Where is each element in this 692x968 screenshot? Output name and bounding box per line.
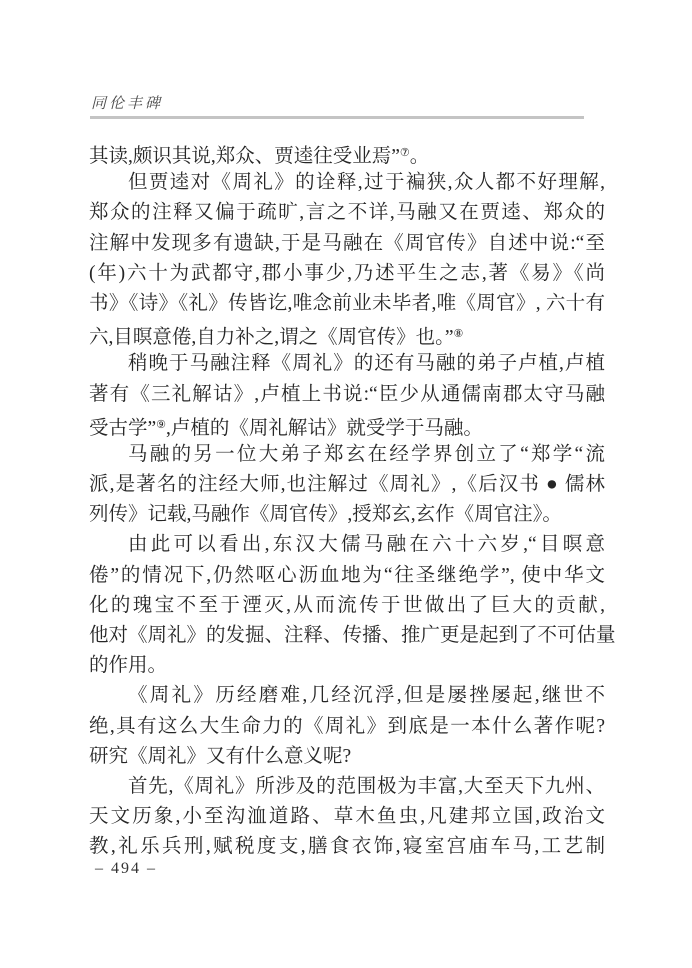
footnote-marker: ⑧ bbox=[454, 328, 464, 340]
text-line: 郑众的注释又偏于疏旷,言之不详,马融又在贾逵、郑众的 bbox=[89, 198, 605, 228]
text-segment: 他对《周礼》的发掘、注释、传播、推广更是起到了不可估量 bbox=[89, 625, 616, 646]
text-line: (年)六十为武都守,郡小事少,乃述平生之志,著《易》《尚 bbox=[89, 259, 605, 289]
text-segment: 郑众的注释又偏于疏旷,言之不详,马融又在贾逵、郑众的 bbox=[89, 202, 605, 223]
text-segment: 天文历象,小至沟洫道路、草木鱼虫,凡建邦立国,政治文 bbox=[89, 806, 605, 827]
text-line: 马融的另一位大弟子郑玄在经学界创立了“郑学“流 bbox=[89, 440, 605, 470]
text-line: 《周礼》历经磨难,几经沉浮,但是屡挫屡起,继世不 bbox=[89, 681, 605, 711]
text-line: 其读,颇识其说,郑众、贾逵往受业焉”⑦。 bbox=[89, 138, 605, 168]
running-header: 同伦丰碑 bbox=[91, 92, 163, 113]
page-number: – 494 – bbox=[95, 860, 157, 878]
text-segment: 著有《三礼解诂》,卢植上书说:“臣少从通儒南郡太守马融 bbox=[89, 384, 605, 405]
text-segment: 倦”的情况下,仍然呕心沥血地为“往圣继绝学”, 使中华文 bbox=[89, 565, 605, 586]
text-line: 著有《三礼解诂》,卢植上书说:“臣少从通儒南郡太守马融 bbox=[89, 380, 605, 410]
body-text: 其读,颇识其说,郑众、贾逵往受业焉”⑦。但贾逵对《周礼》的诠释,过于褊狭,众人都… bbox=[89, 138, 605, 863]
text-segment: 但贾逵对《周礼》的诠释,过于褊狭,众人都不好理解, bbox=[128, 172, 605, 193]
text-line: 天文历象,小至沟洫道路、草木鱼虫,凡建邦立国,政治文 bbox=[89, 802, 605, 832]
text-line: 研究《周礼》又有什么意义呢? bbox=[89, 742, 605, 772]
book-page: 同伦丰碑 其读,颇识其说,郑众、贾逵往受业焉”⑦。但贾逵对《周礼》的诠释,过于褊… bbox=[0, 0, 692, 968]
text-line: 列传》记载,马融作《周官传》,授郑玄,玄作《周官注》。 bbox=[89, 500, 605, 530]
text-segment: 的作用。 bbox=[89, 655, 167, 676]
text-line: 首先,《周礼》所涉及的范围极为丰富,大至天下九州、 bbox=[89, 772, 605, 802]
text-line: 派,是著名的注经大师,也注解过《周礼》,《后汉书 ● 儒林 bbox=[89, 470, 605, 500]
text-line: 绝,具有这么大生命力的《周礼》到底是一本什么著作呢? bbox=[89, 712, 605, 742]
text-segment: 绝,具有这么大生命力的《周礼》到底是一本什么著作呢? bbox=[89, 716, 605, 737]
text-segment: 。 bbox=[410, 146, 430, 167]
text-line: 化的瑰宝不至于湮灭,从而流传于世做出了巨大的贡献, bbox=[89, 591, 605, 621]
text-segment: 首先,《周礼》所涉及的范围极为丰富,大至天下九州、 bbox=[128, 776, 605, 797]
text-line: 他对《周礼》的发掘、注释、传播、推广更是起到了不可估量 bbox=[89, 621, 605, 651]
text-segment: 六,目暝意倦,自力补之,谓之《周官传》也。” bbox=[89, 327, 454, 348]
text-segment: 注解中发现多有遗缺,于是马融在《周官传》自述中说:“至 bbox=[89, 233, 605, 254]
text-line: 六,目暝意倦,自力补之,谓之《周官传》也。”⑧ bbox=[89, 319, 605, 349]
text-segment: 派,是著名的注经大师,也注解过《周礼》,《后汉书 ● 儒林 bbox=[89, 474, 605, 495]
text-segment: 由此可以看出,东汉大儒马融在六十六岁,“目暝意 bbox=[128, 534, 605, 555]
text-segment: 研究《周礼》又有什么意义呢? bbox=[89, 746, 351, 767]
text-segment: 马融的另一位大弟子郑玄在经学界创立了“郑学“流 bbox=[128, 444, 605, 465]
text-segment: ,卢植的《周礼解诂》就受学于马融。 bbox=[166, 418, 483, 439]
text-line: 书》《诗》《礼》传皆讫,唯念前业未毕者,唯《周官》, 六十有 bbox=[89, 289, 605, 319]
text-line: 但贾逵对《周礼》的诠释,过于褊狭,众人都不好理解, bbox=[89, 168, 605, 198]
text-segment: (年)六十为武都守,郡小事少,乃述平生之志,著《易》《尚 bbox=[89, 263, 605, 284]
text-line: 教,礼乐兵刑,赋税度支,膳食衣饰,寝室宫庙车马,工艺制 bbox=[89, 832, 605, 862]
text-line: 由此可以看出,东汉大儒马融在六十六岁,“目暝意 bbox=[89, 530, 605, 560]
header-rule bbox=[90, 116, 584, 119]
text-segment: 稍晚于马融注释《周礼》的还有马融的弟子卢植,卢植 bbox=[128, 353, 605, 374]
text-segment: 《周礼》历经磨难,几经沉浮,但是屡挫屡起,继世不 bbox=[128, 685, 605, 706]
text-segment: 教,礼乐兵刑,赋税度支,膳食衣饰,寝室宫庙车马,工艺制 bbox=[89, 836, 605, 857]
text-line: 稍晚于马融注释《周礼》的还有马融的弟子卢植,卢植 bbox=[89, 349, 605, 379]
text-segment: 受古学” bbox=[89, 418, 156, 439]
text-line: 的作用。 bbox=[89, 651, 605, 681]
text-segment: 列传》记载,马融作《周官传》,授郑玄,玄作《周官注》。 bbox=[89, 504, 562, 525]
text-segment: 化的瑰宝不至于湮灭,从而流传于世做出了巨大的贡献, bbox=[89, 595, 605, 616]
footnote-marker: ⑦ bbox=[400, 147, 410, 159]
text-segment: 其读,颇识其说,郑众、贾逵往受业焉” bbox=[89, 146, 400, 167]
text-line: 倦”的情况下,仍然呕心沥血地为“往圣继绝学”, 使中华文 bbox=[89, 561, 605, 591]
footnote-marker: ⑨ bbox=[156, 419, 166, 431]
text-line: 注解中发现多有遗缺,于是马融在《周官传》自述中说:“至 bbox=[89, 229, 605, 259]
text-segment: 书》《诗》《礼》传皆讫,唯念前业未毕者,唯《周官》, 六十有 bbox=[89, 293, 605, 314]
text-line: 受古学”⑨,卢植的《周礼解诂》就受学于马融。 bbox=[89, 410, 605, 440]
